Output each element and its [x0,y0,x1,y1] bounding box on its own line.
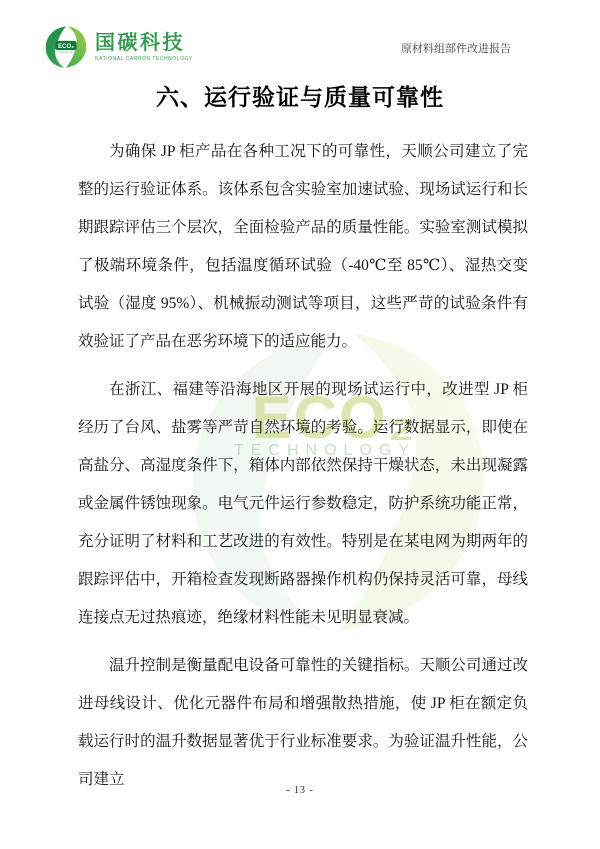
document-page: ECO₂ TECHNOLOGY ECO₂ TECHNOLOGY 国碳科技 NAT… [0,0,600,849]
logo-badge-subtext: TECHNOLOGY [58,52,74,54]
report-header-label: 原材料组部件改进报告 [401,40,511,56]
logo-wordmark: 国碳科技 NATIONAL CARBON TECHNOLOGY [95,25,193,62]
logo-badge-text: ECO₂ [58,43,74,50]
section-title: 六、运行验证与质量可靠性 [0,79,600,112]
company-subtitle: NATIONAL CARBON TECHNOLOGY [95,56,193,62]
body-paragraph: 在浙江、福建等沿海地区开展的现场试运行中，改进型 JP 柜经历了台风、盐雾等严苛… [78,371,528,637]
page-number: - 13 - [0,785,600,796]
document-body: 为确保 JP 柜产品在各种工况下的可靠性，天顺公司建立了完整的运行验证体系。该体… [78,133,528,809]
body-paragraph: 温升控制是衡量配电设备可靠性的关键指标。天顺公司通过改进母线设计、优化元器件布局… [78,647,528,799]
eco-swirl-icon: ECO₂ TECHNOLOGY [44,25,88,69]
body-paragraph: 为确保 JP 柜产品在各种工况下的可靠性，天顺公司建立了完整的运行验证体系。该体… [78,133,528,361]
company-name: 国碳科技 [95,33,193,53]
company-logo: ECO₂ TECHNOLOGY 国碳科技 NATIONAL CARBON TEC… [44,25,193,69]
